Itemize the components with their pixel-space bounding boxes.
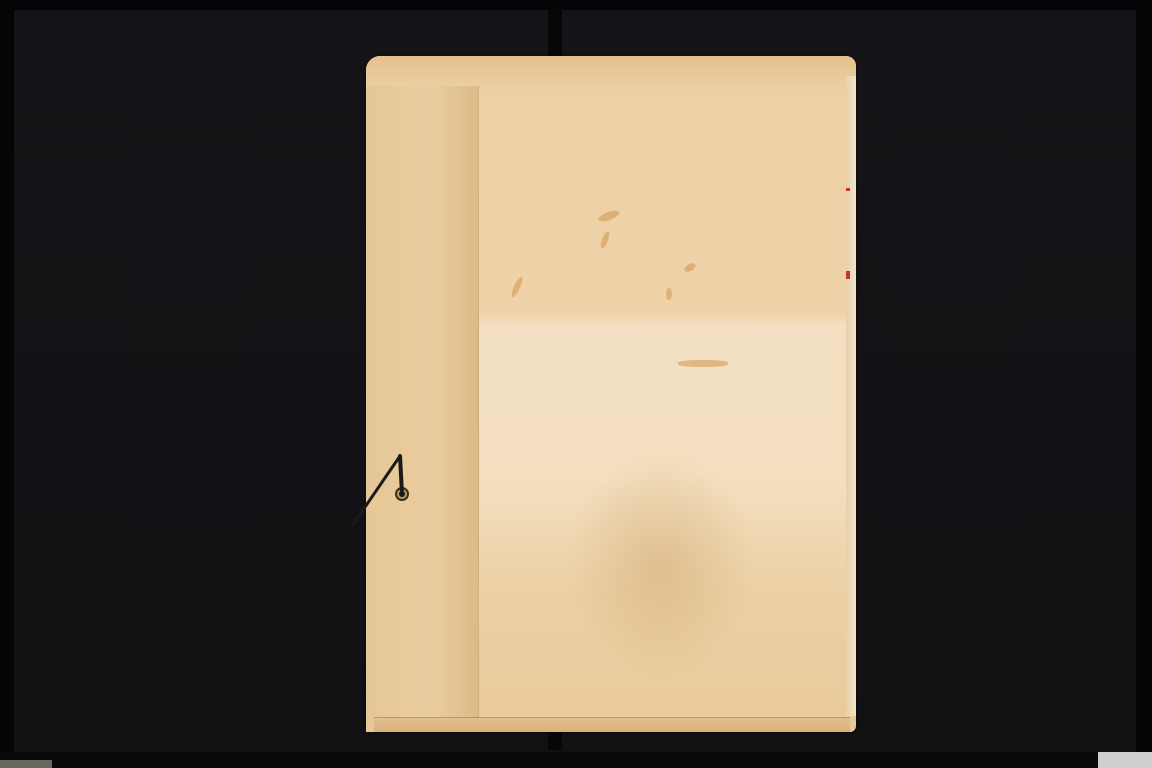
stain-mark (599, 231, 611, 250)
bottom-background-strip (0, 752, 1152, 768)
stain-mark (678, 360, 728, 367)
stain-mark (510, 276, 525, 298)
corner-light-patch-right (1098, 752, 1152, 768)
document-bottom-edge (374, 717, 850, 732)
string-tie-icon (350, 452, 410, 532)
corner-light-patch-left (0, 760, 52, 768)
red-edge-mark (846, 188, 850, 191)
stain-mark (683, 261, 697, 273)
stain-mark (666, 288, 672, 300)
water-stain-blot (566, 451, 756, 681)
document-top-band (366, 56, 856, 90)
red-edge-mark (846, 271, 850, 279)
document-spine-flap (366, 86, 479, 732)
aged-document-cover (366, 56, 856, 732)
stain-mark (597, 208, 620, 223)
document-page-edges (846, 76, 856, 716)
